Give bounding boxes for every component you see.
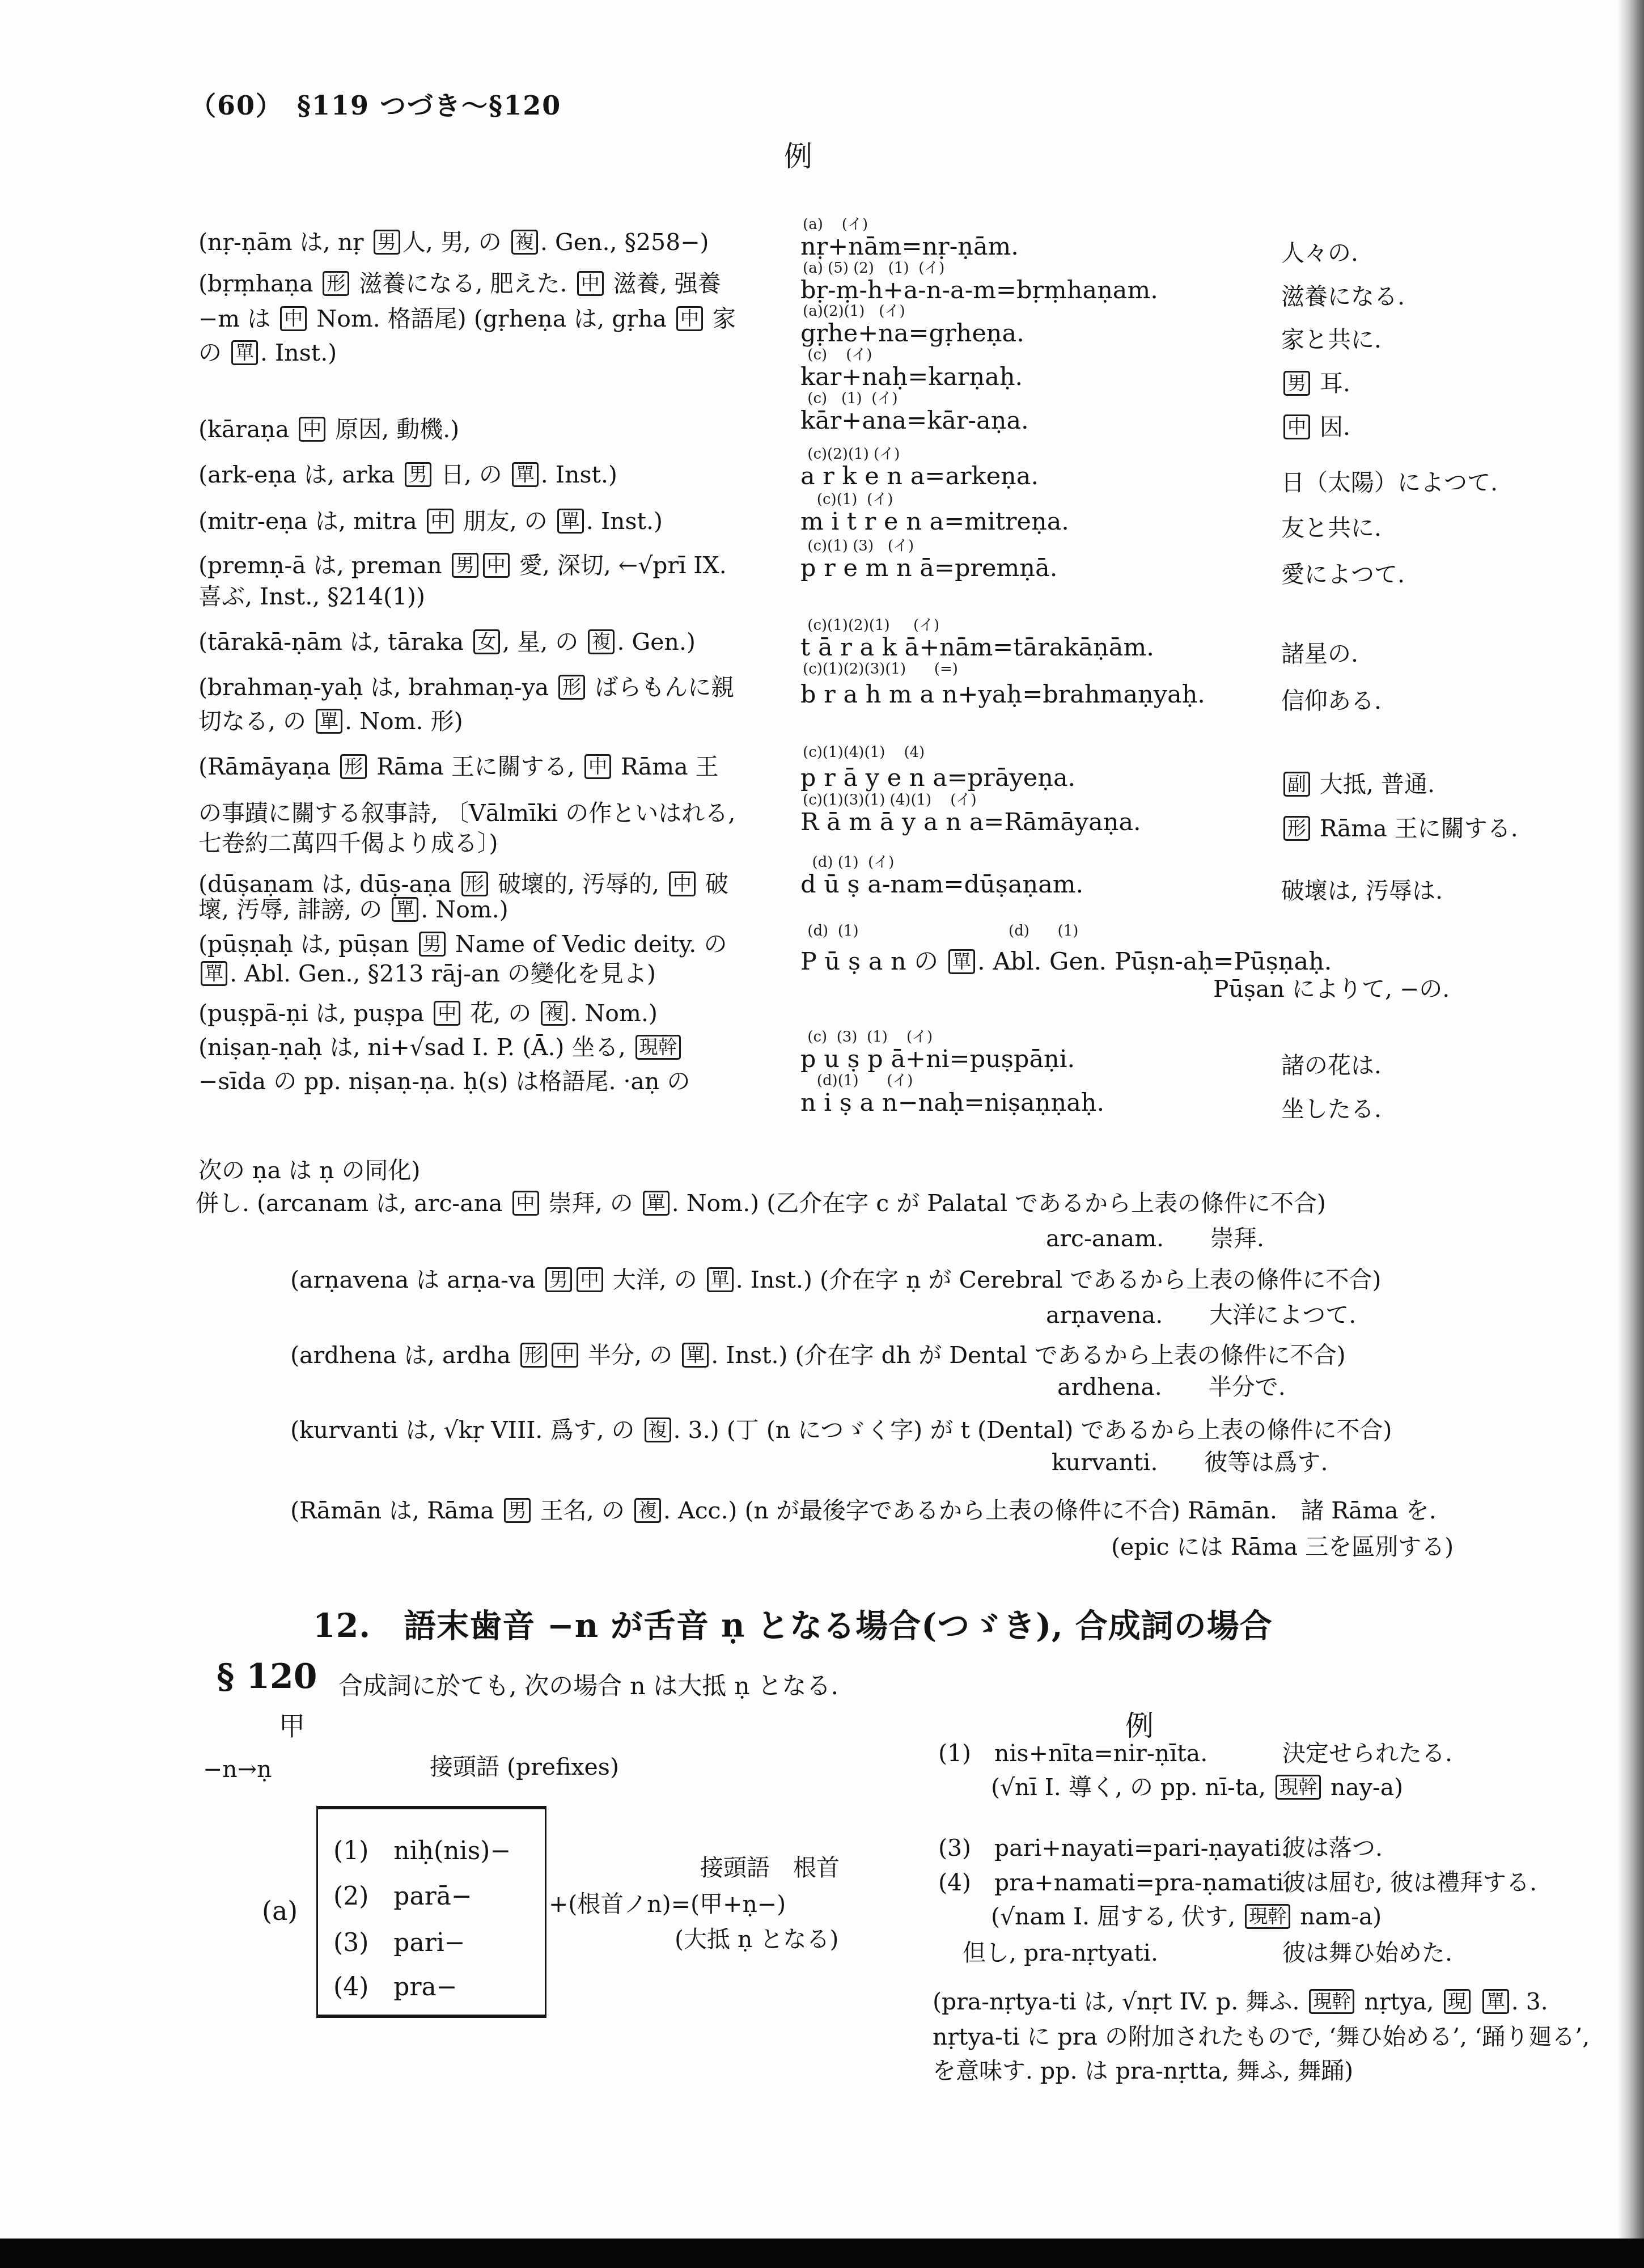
- left-annotation-line: −sīda の pp. niṣaṇ-ṇa. ḥ(s) は格語尾. ·aṇ の: [198, 1069, 690, 1094]
- gloss-text: 破壞は, 汚辱は.: [1281, 872, 1443, 905]
- prefix-item: (3) pari−: [333, 1922, 465, 1958]
- sandhi-example-row: (c)(2)(1) (イ) a r k e n a=arkeṇa. 日（太陽）に…: [800, 462, 1039, 490]
- left-annotation-line: (pūṣṇaḥ は, pūṣan 男 Name of Vedic deity. …: [198, 932, 727, 957]
- paragraph-marker: § 120: [217, 1657, 317, 1696]
- prefix-root-title: 接頭語 根首: [700, 1855, 840, 1881]
- gloss-text: 愛によつて.: [1281, 556, 1405, 589]
- prefix-formula-note: (大抵 ṇ となる): [675, 1927, 838, 1952]
- gloss-text: 形 Rāma 王に關する.: [1281, 810, 1518, 843]
- derivation-marks: (c)(1) (3) (イ): [803, 534, 914, 555]
- sandhi-example-row: (c)(1)(2)(3)(1) (=) b r a h m a n+yaḥ=br…: [800, 680, 1205, 709]
- prefix-item: (2) parā−: [333, 1876, 472, 1912]
- gloss-text: 滋養になる.: [1281, 278, 1405, 311]
- a-label: (a): [262, 1897, 298, 1926]
- sandhi-equation: R ā m ā y a n a=Rāmāyaṇa.: [800, 808, 1141, 836]
- left-annotation-line: (nṛ-ṇām は, nṛ 男人, 男, の 複. Gen., §258−): [198, 230, 709, 255]
- s120-example-line: (pra-nṛtya-ti は, √nṛt IV. p. 舞ふ. 現幹 nṛty…: [933, 1989, 1548, 2015]
- s120-example-line: 彼は舞ひ始めた.: [1282, 1940, 1452, 1966]
- sandhi-equation: m i t r e n a=mitreṇa.: [800, 507, 1069, 536]
- sandhi-example-row: (c) (1) (イ) kār+ana=kār-aṇa. 中 因.: [800, 407, 1029, 435]
- derivation-marks: (c)(2)(1) (イ): [803, 442, 900, 463]
- sandhi-equation: a r k e n a=arkeṇa.: [800, 462, 1039, 490]
- s120-example-line: 但し, pra-nṛtyati.: [963, 1940, 1158, 1966]
- sandhi-equation: t ā r a k ā+nām=tārakāṇām.: [800, 633, 1154, 662]
- left-annotation-line: 喜ぶ, Inst., §214(1)): [198, 584, 425, 610]
- s120-example-line: 決定せられたる.: [1282, 1741, 1452, 1766]
- gloss-text: 人々の.: [1281, 234, 1358, 268]
- left-annotation-line: 次の ṇa は ṇ の同化): [198, 1158, 420, 1183]
- derivation-marks: (c)(1)(4)(1) (4): [803, 744, 925, 761]
- derivation-marks: (a)(2)(1) (イ): [803, 299, 905, 320]
- exception-note-line: arṇavena. 大洋によつて.: [1046, 1302, 1356, 1328]
- s120-example-line: 彼は屈む, 彼は禮拜する.: [1282, 1870, 1537, 1895]
- sandhi-equation: P ū ṣ a n の 單. Abl. Gen. Pūṣn-aḥ=Pūṣṇaḥ.: [800, 942, 1332, 977]
- exception-note-line: 併し. (arcanam は, arc-ana 中 崇拜, の 單. Nom.)…: [196, 1191, 1326, 1216]
- left-annotation-line: −m は 中 Nom. 格語尾) (gṛheṇa は, gṛha 中 家: [198, 306, 736, 332]
- left-annotation-line: (tārakā-ṇām は, tāraka 女, 星, の 複. Gen.): [198, 629, 696, 655]
- derivation-marks: (c) (イ): [803, 343, 872, 364]
- gloss-text: 諸星の.: [1281, 635, 1358, 668]
- derivation-marks: (c) (3) (1) (イ): [803, 1025, 933, 1046]
- derivation-marks: (d) (1) (d) (1): [803, 923, 1078, 940]
- derivation-marks: (c)(1)(2)(1) (イ): [803, 613, 939, 634]
- left-annotation-line: 七卷約二萬四千偈より成る〕): [198, 831, 498, 856]
- left-annotation-line: 單. Abl. Gen., §213 rāj-an の變化を見よ): [198, 961, 656, 987]
- left-annotation-line: (brahmaṇ-yaḥ は, brahmaṇ-ya 形 ばらもんに親: [198, 675, 734, 700]
- prefix-formula: +(根首ノn)=(甲+ṇ−): [549, 1892, 786, 1917]
- scanned-grammar-page: （60） §119 つづき〜§120 例 (nṛ-ṇām は, nṛ 男人, 男…: [0, 0, 1644, 2268]
- s120-example-line: を意味す. pp. は pra-nṛtta, 舞ふ, 舞踊): [933, 2058, 1353, 2084]
- s120-example-line: (√nī I. 導く, の pp. nī-ta, 現幹 nay-a): [991, 1775, 1403, 1800]
- sandhi-example-row: (c)(1)(2)(1) (イ) t ā r a k ā+nām=tārakāṇ…: [800, 633, 1154, 662]
- pushan-second-gloss: Pūṣan によりて, −の.: [1213, 976, 1450, 1002]
- s120-example-line: nṛtya-ti に pra の附加されたもので, ‘舞ひ始める’, ‘踊り廻る…: [933, 2024, 1590, 2050]
- s120-example-line: 彼は落つ.: [1282, 1835, 1383, 1861]
- sandhi-example-row: (c)(1) (3) (イ) p r e m n ā=premṇā. 愛によつて…: [800, 554, 1057, 582]
- section-heading: 12. 語末歯音 −n が舌音 ṇ となる場合(つゞき), 合成詞の場合: [313, 1600, 1273, 1647]
- derivation-marks: (c)(1) (イ): [803, 488, 893, 509]
- left-annotation-line: (mitr-eṇa は, mitra 中 朋友, の 單. Inst.): [198, 509, 663, 534]
- left-annotation-line: の事蹟に關する叙事詩, 〔Vālmīki の作といはれる,: [198, 801, 735, 826]
- sandhi-equation: kār+ana=kār-aṇa.: [800, 407, 1029, 435]
- gloss-text: 友と共に.: [1281, 509, 1382, 543]
- prefix-item: (4) pra−: [333, 1966, 457, 2003]
- gloss-text: 信仰ある.: [1281, 682, 1382, 716]
- sandhi-example-row: (d)(1) (イ) n i ṣ a n−naḥ=niṣaṇṇaḥ. 坐したる.: [800, 1089, 1104, 1117]
- example-heading-top: 例: [784, 134, 812, 175]
- gloss-text: 坐したる.: [1281, 1090, 1382, 1124]
- derivation-marks: (a) (5) (2) (1) (イ): [803, 256, 944, 277]
- left-annotation-line: (Rāmāyaṇa 形 Rāma 王に關する, 中 Rāma 王: [198, 754, 719, 780]
- paragraph-intro: 合成詞に於ても, 次の場合 n は大抵 ṇ となる.: [338, 1667, 838, 1702]
- exception-note-line: arc-anam. 崇拜.: [1046, 1226, 1264, 1251]
- left-annotation-line: の 單. Inst.): [198, 340, 337, 366]
- sandhi-example-row: (d) (1) (d) (1) P ū ṣ a n の 單. Abl. Gen.…: [800, 942, 1332, 977]
- sandhi-example-row: (c)(1)(3)(1) (4)(1) (イ) R ā m ā y a n a=…: [800, 808, 1141, 836]
- left-annotation-line: (puṣpā-ṇi は, puṣpa 中 花, の 複. Nom.): [198, 1001, 658, 1026]
- scan-bottom-bar: [0, 2239, 1644, 2268]
- kou-heading: 甲: [279, 1706, 305, 1743]
- n-to-retroflex-label: −n→ṇ: [203, 1757, 272, 1782]
- derivation-marks: (c)(1)(3)(1) (4)(1) (イ): [803, 788, 977, 809]
- gloss-text: 副 大抵, 普通.: [1281, 765, 1435, 799]
- derivation-marks: (a) (イ): [803, 213, 868, 234]
- left-annotation-line: (bṛṃhaṇa 形 滋養になる, 肥えた. 中 滋養, 强養: [198, 271, 721, 297]
- exception-note-line: (Rāmān は, Rāma 男 王名, の 複. Acc.) (n が最後字で…: [290, 1498, 1437, 1524]
- prefixes-label: 接頭語 (prefixes): [430, 1754, 619, 1780]
- gloss-text: 中 因.: [1281, 408, 1350, 442]
- left-annotation-line: 切なる, の 單. Nom. 形): [198, 709, 463, 734]
- s120-example-line: (1) nis+nīta=nir-ṇīta.: [938, 1741, 1207, 1766]
- left-annotation-line: (ark-eṇa は, arka 男 日, の 單. Inst.): [198, 462, 617, 488]
- derivation-marks: (c)(1)(2)(3)(1) (=): [803, 661, 958, 678]
- scan-right-band: [1618, 0, 1644, 2268]
- derivation-marks: (d) (1) (イ): [803, 850, 894, 871]
- left-annotation-line: (niṣaṇ-ṇaḥ は, ni+√sad I. P. (Ā.) 坐る, 現幹: [198, 1035, 683, 1060]
- left-annotation-line: 壞, 汚辱, 誹謗, の 單. Nom.): [198, 897, 509, 923]
- gloss-text: 男 耳.: [1281, 365, 1350, 398]
- exception-note-line: kurvanti. 彼等は爲す.: [1052, 1450, 1328, 1475]
- sandhi-example-row: (d) (1) (イ) d ū ṣ a-nam=dūṣaṇam. 破壞は, 汚辱…: [800, 870, 1083, 899]
- sandhi-example-row: (c)(1) (イ) m i t r e n a=mitreṇa. 友と共に.: [800, 507, 1069, 536]
- s120-example-line: (√nam I. 屈する, 伏す, 現幹 nam-a): [991, 1904, 1382, 1930]
- sandhi-equation: n i ṣ a n−naḥ=niṣaṇṇaḥ.: [800, 1089, 1104, 1117]
- left-annotation-line: (premṇ-ā は, preman 男中 愛, 深切, ←√prī IX.: [198, 553, 727, 578]
- left-annotation-line: (dūṣaṇam は, dūṣ-aṇa 形 破壞的, 汚辱的, 中 破: [198, 871, 728, 897]
- gloss-text: 諸の花は.: [1281, 1047, 1382, 1080]
- derivation-marks: (c) (1) (イ): [803, 387, 898, 408]
- exception-note-line: ardhena. 半分で.: [1057, 1374, 1286, 1400]
- exception-note-line: (arṇavena は arṇa-va 男中 大洋, の 單. Inst.) (…: [290, 1267, 1381, 1293]
- derivation-marks: (d)(1) (イ): [803, 1069, 913, 1090]
- s120-example-line: (4) pra+namati=pra-ṇamati.: [938, 1870, 1291, 1895]
- gloss-text: 家と共に.: [1281, 321, 1382, 354]
- left-annotation-line: (kāraṇa 中 原因, 動機.): [198, 417, 459, 442]
- gloss-text: 日（太陽）によつて.: [1281, 464, 1498, 497]
- s120-example-line: (3) pari+nayati=pari-ṇayati.: [938, 1835, 1289, 1861]
- sandhi-equation: d ū ṣ a-nam=dūṣaṇam.: [800, 870, 1083, 899]
- exception-note-line: (kurvanti は, √kṛ VIII. 爲す, の 複. 3.) (丁 (…: [290, 1417, 1392, 1443]
- sandhi-equation: p r e m n ā=premṇā.: [800, 554, 1057, 582]
- sandhi-equation: b r a h m a n+yaḥ=brahmaṇyaḥ.: [800, 680, 1205, 709]
- exception-note-line: (epic には Rāma 三を區別する): [1111, 1534, 1454, 1560]
- exception-note-line: (ardhena は, ardha 形中 半分, の 單. Inst.) (介在…: [290, 1343, 1346, 1368]
- prefix-item: (1) niḥ(nis)−: [333, 1830, 511, 1867]
- page-header: （60） §119 つづき〜§120: [190, 85, 561, 122]
- example-heading-bottom: 例: [1125, 1703, 1154, 1744]
